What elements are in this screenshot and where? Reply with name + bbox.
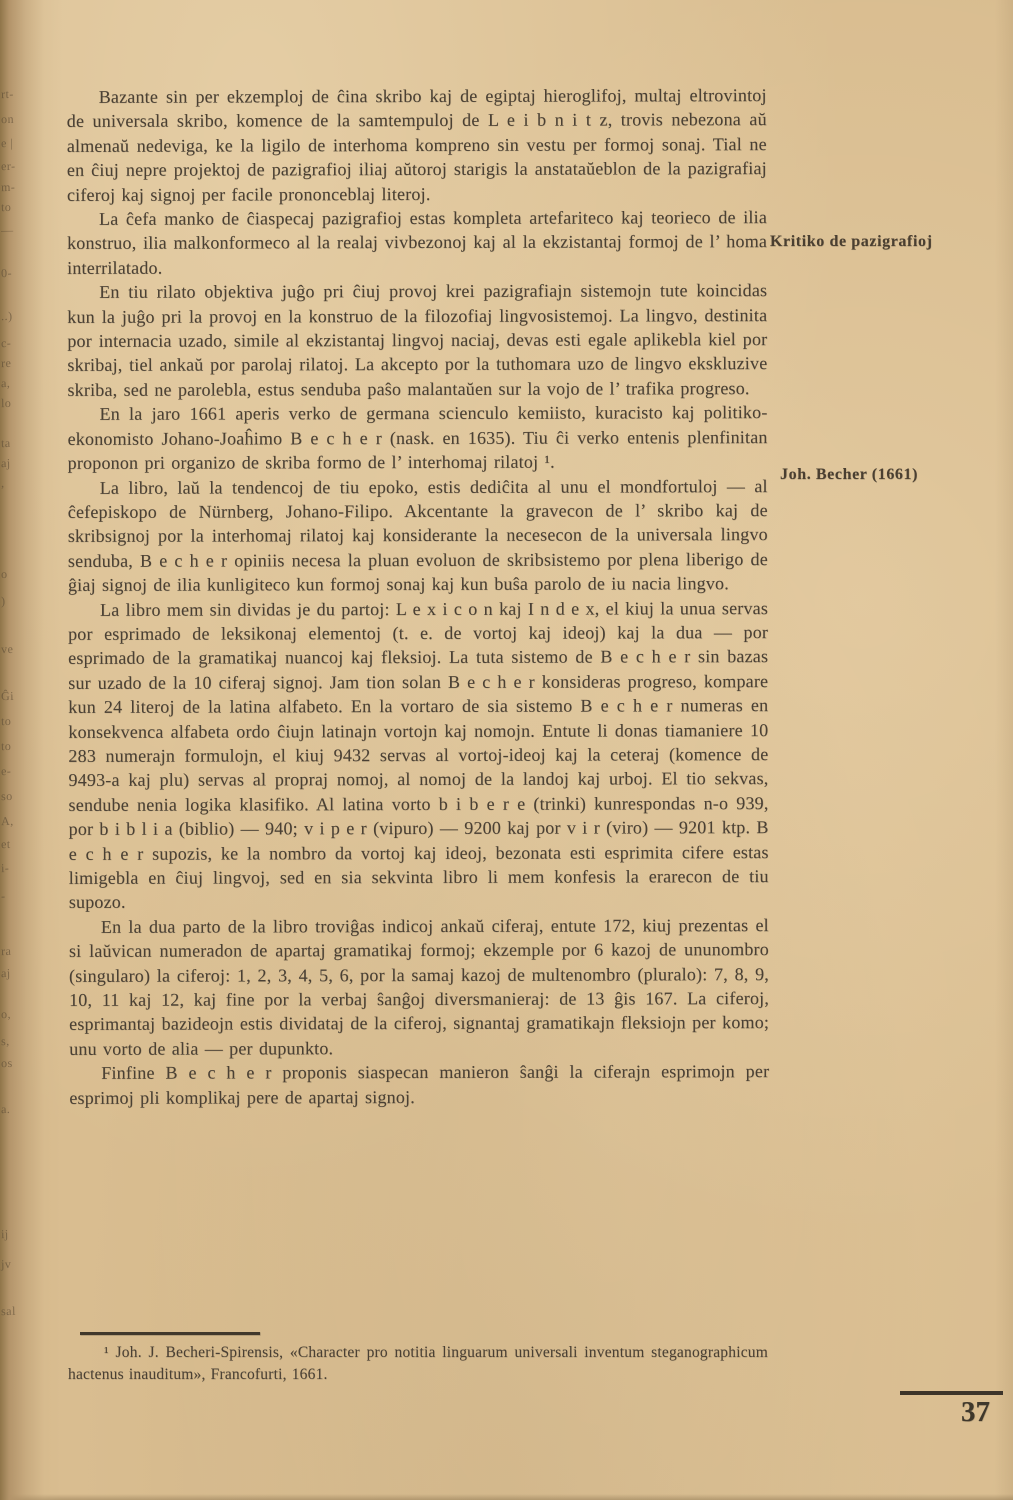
gutter-fragment: Ĝi (1, 690, 14, 702)
gutter-fragment: c- (1, 337, 12, 349)
gutter-fragment: et (1, 838, 11, 850)
gutter-fragment: aj (1, 457, 11, 469)
footnote-separator-rule (80, 1332, 260, 1335)
gutter-fragment: on (1, 113, 14, 125)
gutter-fragment: to (1, 201, 12, 213)
gutter-fragment: i- (1, 862, 10, 874)
gutter-fragment: sal (1, 1305, 16, 1317)
footnote-text: ¹ Joh. J. Becheri-Spirensis, «Character … (68, 1342, 768, 1385)
gutter-fragment: lo (1, 397, 12, 409)
gutter-fragment: m- (1, 181, 16, 193)
gutter-fragment: aj (1, 967, 11, 979)
gutter-fragment: ra (1, 945, 12, 957)
page-number: 37 (900, 1396, 990, 1429)
page-number-rule (900, 1391, 1003, 1395)
paragraph-4: En la jaro 1661 aperis verko de germana … (67, 400, 767, 475)
paragraph-6: La libro mem sin dividas je du partoj: L… (68, 596, 769, 915)
gutter-fragment: ve (1, 643, 14, 655)
gutter-fragment: s, (1, 1035, 10, 1047)
main-text-column: Bazante sin per ekzemploj de ĉina skribo… (67, 83, 770, 1110)
paragraph-1: Bazante sin per ekzemploj de ĉina skribo… (67, 83, 767, 207)
gutter-fragment: 0- (1, 267, 12, 279)
footnote-area: ¹ Joh. J. Becheri-Spirensis, «Character … (68, 1332, 768, 1385)
gutter-fragment: o, (1, 1008, 11, 1020)
gutter-fragment: a, (1, 377, 11, 389)
paragraph-3: En tiu rilato objektiva juĝo pri ĉiuj pr… (67, 278, 767, 402)
margin-note-joh-becher-1661: Joh. Becher (1661) (780, 466, 918, 484)
gutter-fragment: ..) (1, 310, 13, 322)
paragraph-8: Finfine B e c h e r proponis siaspecan m… (69, 1059, 769, 1110)
margin-note-kritiko-de-pazigrafioj: Kritiko de pazigrafioj (770, 233, 933, 251)
gutter-fragment: ta (1, 437, 11, 449)
gutter-fragment: ) (1, 595, 6, 607)
gutter-fragment: so (1, 790, 13, 802)
gutter-fragment: to (1, 740, 12, 752)
book-page: rt-one |er-m-to—0-..)c-rea,lotaaj,o)veĜi… (0, 0, 1013, 1500)
paragraph-7: En la dua parto de la libro troviĝas ind… (69, 913, 769, 1061)
gutter-fragment: e- (1, 765, 12, 777)
gutter-fragment: jv (1, 1258, 12, 1270)
gutter-fragment: er- (1, 160, 16, 172)
gutter-fragment: rt- (1, 88, 14, 100)
gutter-fragment: , (1, 477, 5, 489)
gutter-fragment: to (1, 715, 12, 727)
gutter-fragment: A, (1, 815, 14, 827)
gutter-fragment: — (1, 224, 14, 236)
gutter-fragment: re (1, 357, 12, 369)
paragraph-2: La ĉefa manko de ĉiaspecaj pazigrafioj e… (67, 205, 767, 280)
gutter-fragment: ij (1, 1228, 9, 1240)
gutter-fragment: e | (1, 137, 13, 149)
paragraph-5: La libro, laŭ la tendencoj de tiu epoko,… (68, 474, 768, 598)
gutter-fragment: a. (1, 1103, 11, 1115)
gutter-fragment: o (1, 568, 8, 580)
gutter-fragment: os (1, 1057, 13, 1069)
gutter-fragment: - (1, 890, 6, 902)
